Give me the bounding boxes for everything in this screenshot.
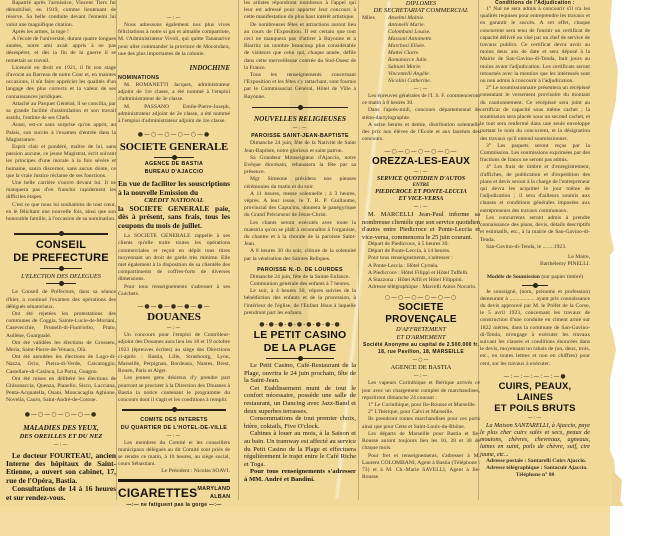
ornament-divider <box>122 409 226 411</box>
ad-line: Adresse télégraphique : Marcelli Autos N… <box>362 284 480 291</box>
article-paragraph: Ont été mises en délibéré les élections … <box>6 376 116 405</box>
ad-line: Pour tous renseignements, s'adresser : <box>362 255 480 262</box>
headline-comite: COMITE DES INTERETS <box>118 416 230 424</box>
article-paragraph: C'est ce que nous lui souhaitons de tout… <box>6 202 116 224</box>
ornament-divider <box>154 157 194 158</box>
article-paragraph: Tous les renseignements concernant l'Exp… <box>244 72 356 101</box>
ornament-divider: —:— <box>362 85 480 93</box>
headline-nouvelles-religieuses: NOUVELLES RELIGIEUSES <box>244 114 356 124</box>
torn-edge <box>590 0 660 536</box>
article-paragraph: Sa Grandeur Monseigneur d'Ajaccio, notre… <box>244 155 356 177</box>
list-item: Marchesi Elisée. <box>388 43 480 50</box>
ornament-divider: —:— <box>480 414 590 422</box>
headline-quartier: DU QUARTIER DE L'HOTEL-DE-VILLE <box>118 424 230 432</box>
article-paragraph: Les départs de Marseille pour Bastia et … <box>362 431 480 453</box>
article-paragraph: Le Petit Casino, Café-Restaurant de la P… <box>244 362 356 385</box>
cigarettes-slogan: —:— ne fatiguent pas la gorge —:— <box>118 501 230 509</box>
article-paragraph: La SOCIETE GENERALE rappelle à ses clien… <box>118 233 230 283</box>
model-heading: Modèle de Soumission <box>487 274 540 280</box>
service-line: SERVICE QUOTIDIEN D'AUTOS <box>362 176 480 183</box>
article-paragraph: Communion générale des enfants à 7 heure… <box>244 281 356 288</box>
ad-body: La Maison SANTARELLI, à Ajaccio, paye le… <box>480 422 590 458</box>
article-paragraph: Les concurrents seront admis à prendre c… <box>480 215 590 244</box>
brand-maryland: MARYLAND <box>197 485 230 493</box>
article-paragraph: 1° Nul ne sera admis à concourir s'il n'… <box>480 6 590 85</box>
model-heading-line: Modèle de Soumission (sur papier timbré) <box>480 274 590 281</box>
phone-number: Téléphone n° 88 <box>480 472 590 479</box>
ornament-divider <box>266 358 334 359</box>
service-line: ET VICE-VERSA <box>362 196 480 203</box>
list-item: Anselmi Mainie. <box>388 15 480 22</box>
ad-line: A Piedicroce : Hôtel Filippi et Hôtel Tu… <box>362 270 480 277</box>
ad-lead-2: la SOCIETE GENERALE paie, dès à présent,… <box>118 205 230 230</box>
article-paragraph: Le soir, à 4 heures 30, vêpres suivies d… <box>244 288 356 317</box>
ornament-divider <box>14 233 108 235</box>
article-paragraph: De nombreuses fêtes et attractions auron… <box>244 22 356 72</box>
casino-contact: Pour tous renseignements s'adresser à MM… <box>244 468 356 483</box>
article-paragraph: Ont été rejetées les protestations des c… <box>6 311 116 340</box>
list-item: Nicolini Catherine. <box>388 78 480 85</box>
article-paragraph: A 8 heures 30 du soir, clôture de la sol… <box>244 248 356 262</box>
article-paragraph: Les épreuves générales de l'I. S. F. com… <box>362 93 480 107</box>
address-line: 18, rue Pavillon, 18, MARSEILLE <box>362 349 480 356</box>
ad-doctor-body: Le docteur FOURTEAU, ancien Interne des … <box>6 452 116 486</box>
list-item: Mattei Claire. <box>388 50 480 57</box>
list-prefix: Mlles <box>362 15 375 22</box>
article-paragraph: Une belle carrière s'ouvre devant lui. I… <box>6 180 116 202</box>
article-paragraph: Ils prendront toutes marchandises pour c… <box>362 416 480 430</box>
article-paragraph: Rapatrié après l'armistice, Vincent Tier… <box>6 0 116 29</box>
signature: Le Président : Nicolas SOAVI. <box>118 468 230 475</box>
article-paragraph: Un concours pour l'emploi de Contrôleur-… <box>118 332 230 375</box>
article-paragraph: Dimanche 24 juin, fête de la Nativité de… <box>244 140 356 154</box>
article-paragraph: les artistes répondront nombreux à l'app… <box>244 0 356 22</box>
column-4: DIPLOMES DE SECRETARIAT COMMERCIAL Mlles… <box>362 0 480 481</box>
article-paragraph: Les membres du Comité et les conseillers… <box>118 440 230 469</box>
headline-conseil: CONSEIL <box>6 239 116 252</box>
sub-affretement: D'AFFRETEMENT <box>362 326 480 334</box>
graduate-list: Mlles Anselmi Mainie. Antonelli Marie. C… <box>362 15 480 85</box>
ornament-divider: —●—●—●—●—●— <box>118 303 230 311</box>
headline-secretariat: DE SECRETARIAT COMMERCIAL <box>362 7 480 15</box>
headline-poils-bruts: ET POILS BRUTS <box>480 403 590 414</box>
headline-diplomes: DIPLOMES <box>362 0 480 7</box>
agency-bastia: AGENCE DE BASTIA <box>362 364 480 372</box>
slogan-text: ne fatiguent pas la gorge <box>141 502 208 508</box>
list-item: Vincentelli Angèle. <box>388 71 480 78</box>
page-bottom-margin <box>0 506 610 536</box>
ornament-divider: —:— <box>118 14 230 22</box>
agency-bastia: AGENCE DE BASTIA <box>118 160 230 168</box>
article-paragraph: Les vapeurs Corinthique et Ibérique arri… <box>362 380 480 402</box>
headline-societe-provencale: SOCIETE PROVENÇALE <box>362 302 480 326</box>
ornament-divider: —:— <box>6 441 116 449</box>
agency-ajaccio: BUREAU D'AJACCIO <box>118 168 230 176</box>
ornament-divider: —:— <box>362 168 480 176</box>
article-paragraph: Attaché au Parquet Général, il se concil… <box>6 101 116 123</box>
headline-douanes: DOUANES <box>118 311 230 324</box>
column-3: les artistes répondront nombreux à l'app… <box>244 0 356 484</box>
list-item: Colombani Louise. <box>388 29 480 36</box>
article-paragraph: Dans l'après-midi, concours départementa… <box>362 107 480 121</box>
ornament-divider: —○— <box>362 356 480 364</box>
ornament-divider: —:— <box>118 324 230 332</box>
column-5: Conditions de l'Adjudication : 1° Nul ne… <box>480 0 590 479</box>
article-paragraph: Ont été validées les élections de Grosse… <box>6 340 116 354</box>
article-paragraph: A l'école de l'université, durant quatre… <box>6 36 116 65</box>
address-postal: Adresse postale : Santarelli Cuirs Ajacc… <box>480 458 590 465</box>
parish-lourdes: PAROISSE N.-D. DE LOURDES <box>244 266 356 274</box>
ornament-divider: ●-●-●-●-●-●-●-●-● <box>244 321 356 329</box>
ad-body: M. MARCELLI Jean-Paul informe sa nombreu… <box>362 211 480 241</box>
article-paragraph: A 11 heures, messe solennelle ; à 3 heur… <box>244 191 356 220</box>
ornament-divider: —:— <box>362 203 480 211</box>
ad-line: Départ de Piedicroce, à 5 heures 30. <box>362 241 480 248</box>
headline-maladies: MALADIES DES YEUX, <box>6 424 116 433</box>
article-paragraph: M. PASSANO Emile-Pierre-Joseph, administ… <box>118 104 230 126</box>
ad-line: A Ponte-Leccia : Hôtel Cyrnéa. <box>362 263 480 270</box>
article-paragraph: 3° Les paquets seront reçus par la Commi… <box>480 143 590 165</box>
model-note: (sur papier timbré) <box>541 274 583 280</box>
brand-alban: ALBAN <box>210 493 230 501</box>
ad-doctor-hours: Consultations de 14 à 16 heures et sur r… <box>6 485 116 502</box>
article-paragraph: M. ROMANETTI Jacques, administrateur adj… <box>118 82 230 104</box>
article-paragraph: 2° Le soumissionnaire présentera un récé… <box>480 85 590 143</box>
column-rule <box>116 0 117 500</box>
cigarettes-ad: CIGARETTES MARYLAND ALBAN <box>118 485 230 501</box>
headline-orezza: OREZZA-LES-EAUX <box>362 156 480 168</box>
article-paragraph: Les chants seront exécutés avec toute la… <box>244 220 356 249</box>
article-paragraph: Dimanche 24 juin, fête de la Sainte Enfa… <box>244 274 356 281</box>
dateline: San-Gavino-di-Tenda, le ........1923. <box>480 244 590 251</box>
article-paragraph: Après les armes, la toge ! <box>6 29 116 36</box>
sub-armement: ET D'ARMEMENT <box>362 334 480 342</box>
article-paragraph: Les jeunes gens désireux d'y prendre par… <box>118 375 230 404</box>
headline-societe-generale: SOCIETE GENERALE <box>118 141 230 155</box>
list-item: Sabiani Marie. <box>388 64 480 71</box>
headline-de-la-plage: DE LA PLAGE <box>244 342 356 355</box>
article-paragraph: Esprit clair et pondéré, maître de lui, … <box>6 144 116 180</box>
ad-line: Départ de Ponte-Leccia, à 14 heures. <box>362 248 480 255</box>
article-paragraph: 2° L'Ibérique, pour Calvi et Marseille. <box>362 409 480 416</box>
thick-rule <box>118 479 230 482</box>
headline-oreilles: DES OREILLES ET DU NEZ <box>6 433 116 441</box>
mayor-title: Le Maire, <box>480 254 590 261</box>
list-item: Massoni Antoinette. <box>388 36 480 43</box>
ornament-divider: ○—○—○—○—○—○ <box>362 294 480 302</box>
ornament-divider <box>522 285 548 286</box>
ornament-divider: ●—○—○—○—○—● <box>6 411 116 419</box>
ad-lead: En vue de faciliter les souscriptions à … <box>118 180 230 197</box>
ornament-divider: —:—:—:—:—:—● <box>480 373 590 381</box>
subheading-nominations: NOMINATIONS <box>118 74 230 82</box>
capital-line: Société Anonyme au capital de 2.500.000 … <box>362 342 480 349</box>
ornament-divider <box>46 283 76 284</box>
article-paragraph: Cet Etablissement muni de tout le confor… <box>244 385 356 415</box>
article-paragraph: Ont été annulées les élections de Lugo-d… <box>6 354 116 376</box>
article-paragraph: Pour tous renseignements s'adresser à se… <box>118 284 230 298</box>
service-line: PIEDICROCE ET PONTE-LECCIA <box>362 189 480 196</box>
ornament-divider: ●—○—○—○—○—● <box>118 131 230 139</box>
article-paragraph: Aussi, est-ce sans surprise qu'on apprit… <box>6 122 116 144</box>
article-paragraph: A seize heures et demie, distribution so… <box>362 122 480 144</box>
subheadline-election: L'ELECTION DES DELEGUES <box>6 272 116 281</box>
article-paragraph: Je soussigné, (nom, prénoms et professio… <box>480 289 590 368</box>
column-2: —:— Nous adressons également nos plus vi… <box>118 0 230 509</box>
ornament-divider <box>252 107 348 109</box>
ornament-divider: —:— <box>244 124 356 132</box>
article-paragraph: Le Conseil de Préfecture, dans sa séance… <box>6 289 116 311</box>
headline-prefecture: DE PREFECTURE <box>6 252 116 265</box>
ornament-divider <box>40 268 82 270</box>
list-item: Antonelli Marie. <box>388 22 480 29</box>
article-paragraph: 4° Les frais de timbre et d'enregistreme… <box>480 164 590 214</box>
mayor-name: Barthélemy PINELLI. <box>480 261 590 268</box>
headline-cigarettes: CIGARETTES <box>118 485 197 501</box>
column-rule <box>358 0 359 500</box>
ornament-divider: —○—○—○—○—○— <box>362 148 480 156</box>
list-item: Romanacce Julie. <box>388 57 480 64</box>
article-paragraph: Pour fret et renseignements, s'adresser … <box>362 453 480 482</box>
headline-cuirs: CUIRS, PEAUX, <box>480 381 590 392</box>
column-1: Rapatrié après l'armistice, Vincent Tier… <box>6 0 116 502</box>
section-heading-indochine: INDOCHINE <box>118 62 230 74</box>
headline-petit-casino: LE PETIT CASINO <box>244 329 356 342</box>
ornament-divider: —:— <box>118 432 230 440</box>
article-paragraph: Nous adressons également nos plus vives … <box>118 22 230 58</box>
article-paragraph: Cabines à louer au mois, à la Saison et … <box>244 430 356 468</box>
article-paragraph: Consommations de tout premier choix, biè… <box>244 415 356 430</box>
column-rule <box>238 0 239 500</box>
headline-laines: LAINES <box>480 392 590 403</box>
ad-line: A Stazzona : Hôtel Alfil et Hôtel Filipp… <box>362 277 480 284</box>
article-paragraph: Licencié en droit en 1921, il fit son st… <box>6 65 116 101</box>
article-paragraph: Mgr Simeone présidera nos pieuses cérémo… <box>244 176 356 190</box>
ornament-divider: —:— <box>362 372 480 380</box>
